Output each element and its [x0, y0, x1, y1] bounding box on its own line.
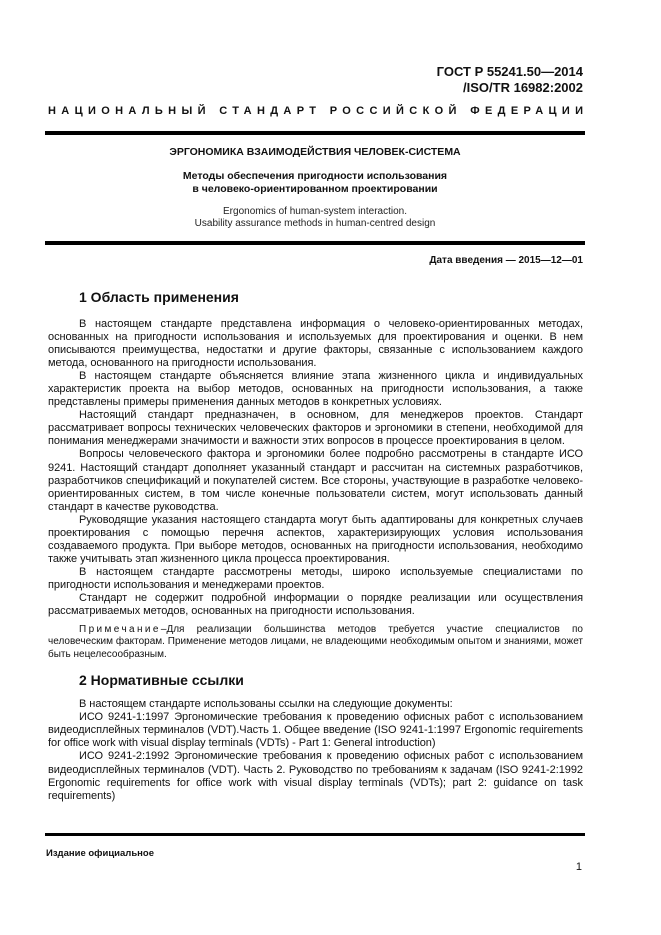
reference-item: ИСО 9241-2:1992 Эргономические требовани… [48, 750, 583, 802]
national-standard-banner: НАЦИОНАЛЬНЫЙ СТАНДАРТ РОССИЙСКОЙ ФЕДЕРАЦ… [48, 105, 586, 117]
note: Примечание–Для реализации большинства ме… [48, 624, 583, 661]
paragraph: Руководящие указания настоящего стандарт… [48, 514, 583, 566]
introduction-date: Дата введения — 2015—12—01 [429, 255, 583, 266]
english-title: Ergonomics of human-system interaction. … [45, 206, 585, 230]
document-number: ГОСТ Р 55241.50—2014 /ISO/TR 16982:2002 [437, 64, 583, 96]
paragraph: Вопросы человеческого фактора и эргономи… [48, 448, 583, 513]
section-normative-references: 2 Нормативные ссылки В настоящем стандар… [48, 671, 583, 802]
note-label: Примечание [79, 624, 161, 635]
title-divider [45, 241, 585, 245]
section-heading: 1 Область применения [79, 288, 583, 306]
english-title-line-1: Ergonomics of human-system interaction. [45, 206, 585, 218]
section-heading: 2 Нормативные ссылки [79, 671, 583, 689]
paragraph: В настоящем стандарте объясняется влияни… [48, 370, 583, 409]
subtitle-line-2: в человеко-ориентированном проектировани… [45, 183, 585, 196]
paragraph: В настоящем стандарте рассмотрены методы… [48, 566, 583, 592]
title-block: ЭРГОНОМИКА ВЗАИМОДЕЙСТВИЯ ЧЕЛОВЕК-СИСТЕМ… [45, 146, 585, 230]
reference-item: ИСО 9241-1:1997 Эргономические требовани… [48, 711, 583, 750]
document-subtitle: Методы обеспечения пригодности использов… [45, 170, 585, 196]
english-title-line-2: Usability assurance methods in human-cen… [45, 218, 585, 230]
document-body: 1 Область применения В настоящем стандар… [48, 288, 583, 803]
official-edition-label: Издание официальное [46, 848, 154, 859]
paragraph: В настоящем стандарте представлена инфор… [48, 318, 583, 370]
document-title: ЭРГОНОМИКА ВЗАИМОДЕЙСТВИЯ ЧЕЛОВЕК-СИСТЕМ… [45, 146, 585, 159]
document-page: ГОСТ Р 55241.50—2014 /ISO/TR 16982:2002 … [0, 0, 661, 935]
document-number-gost: ГОСТ Р 55241.50—2014 [437, 64, 583, 80]
footer-divider [45, 833, 585, 836]
paragraph: Настоящий стандарт предназначен, в основ… [48, 409, 583, 448]
section-scope: 1 Область применения В настоящем стандар… [48, 288, 583, 661]
paragraph: В настоящем стандарте использованы ссылк… [48, 698, 583, 711]
document-number-iso: /ISO/TR 16982:2002 [437, 80, 583, 96]
page-number: 1 [576, 861, 582, 873]
header-divider [45, 131, 585, 135]
paragraph: Стандарт не содержит подробной информаци… [48, 592, 583, 618]
subtitle-line-1: Методы обеспечения пригодности использов… [45, 170, 585, 183]
